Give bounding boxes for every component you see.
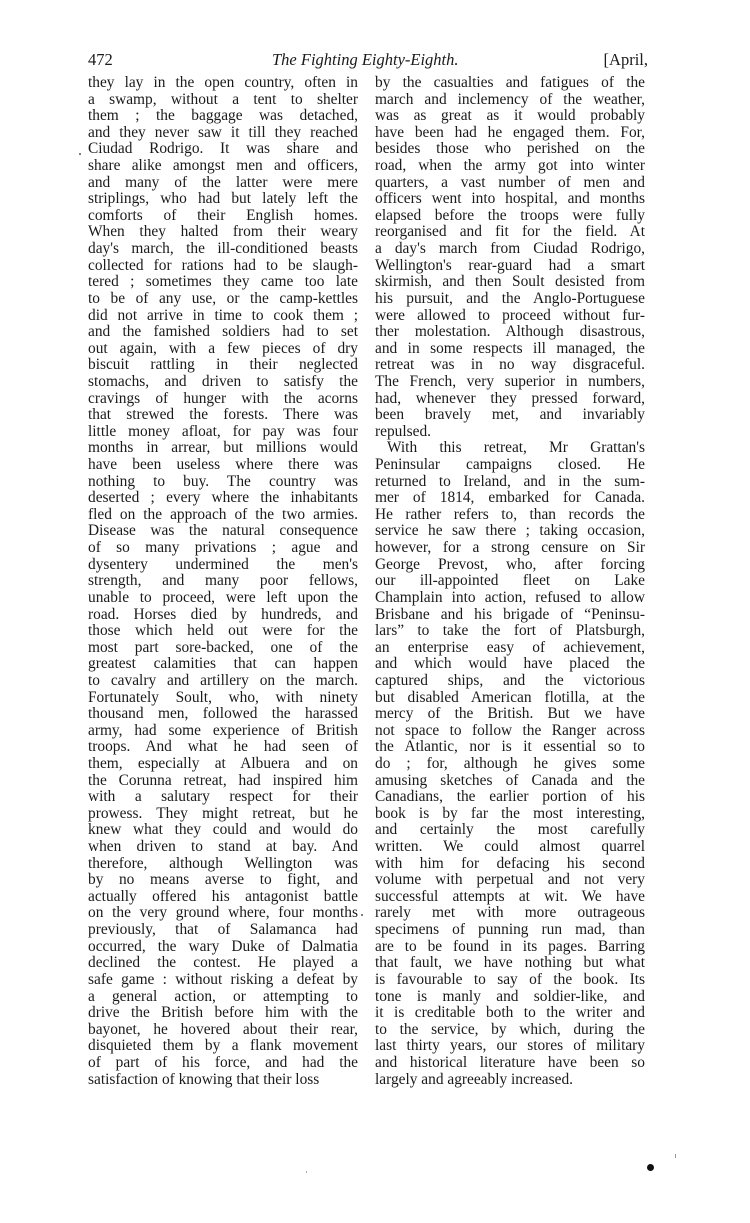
text-line: stomachs, and driven to satisfy the xyxy=(88,374,358,391)
text-line: that strewed the forests. There was xyxy=(88,407,358,424)
text-line: repulsed. xyxy=(375,424,645,441)
text-line: troops. And what he had seen of xyxy=(88,739,358,756)
text-line: them, especially at Albuera and on xyxy=(88,756,358,773)
text-line: drive the British before him with the xyxy=(88,1005,358,1022)
text-line: when driven to stand at bay. And xyxy=(88,839,358,856)
text-line: and which would have placed the xyxy=(375,656,645,673)
text-line: The French, very superior in numbers, xyxy=(375,374,645,391)
text-line: strength, and many poor fellows, xyxy=(88,573,358,590)
text-line: lars” to take the fort of Platsburgh, xyxy=(375,623,645,640)
text-line: were allowed to proceed without fur- xyxy=(375,308,645,325)
text-line: have been useless where there was xyxy=(88,457,358,474)
text-line: and historical literature have been so xyxy=(375,1055,645,1072)
text-line: previously, that of Salamanca had xyxy=(88,922,358,939)
text-line: besides those who perished on the xyxy=(375,141,645,158)
text-line: share alike amongst men and officers, xyxy=(88,158,358,175)
text-line: was as great as it would probably xyxy=(375,108,645,125)
stray-mark xyxy=(361,914,363,916)
text-line: successful attempts at wit. We have xyxy=(375,889,645,906)
text-line: them ; the baggage was detached, xyxy=(88,108,358,125)
text-line: and many of the latter were mere xyxy=(88,175,358,192)
stray-mark xyxy=(306,1171,307,1173)
text-line: retreat was in no way disgraceful. xyxy=(375,357,645,374)
text-line: on the very ground where, four months xyxy=(88,905,358,922)
text-line: with a salutary respect for their xyxy=(88,789,358,806)
text-line: safe game : without risking a defeat by xyxy=(88,972,358,989)
text-line: When they halted from their weary xyxy=(88,224,358,241)
text-line: to cavalry and artillery on the march. xyxy=(88,673,358,690)
text-line: and the famished soldiers had to set xyxy=(88,324,358,341)
text-line: thousand men, followed the harassed xyxy=(88,706,358,723)
text-line: Fortunately Soult, who, with ninety xyxy=(88,690,358,707)
stray-mark xyxy=(675,1154,676,1158)
text-line: they lay in the open country, often in xyxy=(88,75,358,92)
text-line: his pursuit, and the Anglo-Portuguese xyxy=(375,291,645,308)
text-line: knew what they could and would do xyxy=(88,822,358,839)
text-line: declined the contest. He played a xyxy=(88,955,358,972)
text-line: dysentery undermined the men's xyxy=(88,557,358,574)
text-line: did not arrive in time to cook them ; xyxy=(88,308,358,325)
text-line: but disabled American flotilla, at the xyxy=(375,690,645,707)
text-line: Brisbane and his brigade of “Peninsu- xyxy=(375,607,645,624)
text-line: unable to proceed, were left upon the xyxy=(88,590,358,607)
text-line: the Corunna retreat, had inspired him xyxy=(88,773,358,790)
text-line: those which held out were for the xyxy=(88,623,358,640)
text-line: of so many privations ; ague and xyxy=(88,540,358,557)
text-line: army, had some experience of British xyxy=(88,723,358,740)
text-line: specimens of punning run mad, than xyxy=(375,922,645,939)
text-line: most part sore-backed, one of the xyxy=(88,640,358,657)
text-line: largely and agreeably increased. xyxy=(375,1072,645,1089)
text-line: deserted ; every where the inhabitants xyxy=(88,490,358,507)
text-line: captured ships, and the victorious xyxy=(375,673,645,690)
text-line: comforts of their English homes. xyxy=(88,208,358,225)
text-line: to the service, by which, during the xyxy=(375,1022,645,1039)
text-line: amusing sketches of Canada and the xyxy=(375,773,645,790)
text-line: Peninsular campaigns closed. He xyxy=(375,457,645,474)
text-line: that fault, we have nothing but what xyxy=(375,955,645,972)
text-line: striplings, who had but lately left the xyxy=(88,191,358,208)
text-line: Disease was the natural consequence xyxy=(88,523,358,540)
text-line: out again, with a few pieces of dry xyxy=(88,341,358,358)
text-line: day's march, the ill-conditioned beasts xyxy=(88,241,358,258)
text-line: service he saw there ; taking occasion, xyxy=(375,523,645,540)
text-line: our ill-appointed fleet on Lake xyxy=(375,573,645,590)
text-line: book is by far the most interesting, xyxy=(375,806,645,823)
text-line: with him for defacing his second xyxy=(375,856,645,873)
text-line: returned to Ireland, and in the sum- xyxy=(375,474,645,491)
stray-mark xyxy=(79,153,81,155)
text-line: elapsed before the troops were fully xyxy=(375,208,645,225)
text-line: march and inclemency of the weather, xyxy=(375,92,645,109)
text-line: biscuit rattling in their neglected xyxy=(88,357,358,374)
text-line: disquieted them by a flank movement xyxy=(88,1038,358,1055)
text-line: Champlain into action, refused to allow xyxy=(375,590,645,607)
text-line: tone is manly and soldier-like, and xyxy=(375,989,645,1006)
text-line: therefore, although Wellington was xyxy=(88,856,358,873)
text-line: tered ; sometimes they came too late xyxy=(88,274,358,291)
text-line: to be of any use, or the camp-kettles xyxy=(88,291,358,308)
text-line: little money afloat, for pay was four xyxy=(88,424,358,441)
text-line: and in some respects ill managed, the xyxy=(375,341,645,358)
text-line: George Prevost, who, after forcing xyxy=(375,557,645,574)
text-line: months in arrear, but millions would xyxy=(88,440,358,457)
text-line: do ; for, although he gives some xyxy=(375,756,645,773)
text-line: ther molestation. Although disastrous, xyxy=(375,324,645,341)
text-line: Ciudad Rodrigo. It was share and xyxy=(88,141,358,158)
text-line: mercy of the British. But we have xyxy=(375,706,645,723)
text-line: the Atlantic, nor is it essential so to xyxy=(375,739,645,756)
running-head: 472 The Fighting Eighty-Eighth. [April, xyxy=(88,49,648,71)
text-line: and they never saw it till they reached xyxy=(88,125,358,142)
right-column: by the casualties and fatigues of themar… xyxy=(375,75,645,1088)
text-line: are to be found in its pages. Barring xyxy=(375,939,645,956)
text-line: had, whenever they pressed forward, xyxy=(375,391,645,408)
text-line: been bravely met, and invariably xyxy=(375,407,645,424)
text-line: however, for a strong censure on Sir xyxy=(375,540,645,557)
text-line: written. We could almost quarrel xyxy=(375,839,645,856)
text-line: a general action, or attempting to xyxy=(88,989,358,1006)
text-line: bayonet, he hovered about their rear, xyxy=(88,1022,358,1039)
text-line: last thirty years, our stores of militar… xyxy=(375,1038,645,1055)
text-line: not space to follow the Ranger across xyxy=(375,723,645,740)
text-line: road. Horses died by hundreds, and xyxy=(88,607,358,624)
text-line: a swamp, without a tent to shelter xyxy=(88,92,358,109)
text-line: collected for rations had to be slaugh- xyxy=(88,258,358,275)
left-column: they lay in the open country, often ina … xyxy=(88,75,358,1088)
text-line: rarely met with more outrageous xyxy=(375,905,645,922)
text-line: He rather refers to, than records the xyxy=(375,507,645,524)
text-line: cravings of hunger with the acorns xyxy=(88,391,358,408)
text-line: fled on the approach of the two armies. xyxy=(88,507,358,524)
text-line: With this retreat, Mr Grattan's xyxy=(375,440,645,457)
text-line: reorganised and fit for the field. At xyxy=(375,224,645,241)
text-line: and certainly the most carefully xyxy=(375,822,645,839)
text-line: is favourable to say of the book. Its xyxy=(375,972,645,989)
text-line: by the casualties and fatigues of the xyxy=(375,75,645,92)
text-line: Canadians, the earlier portion of his xyxy=(375,789,645,806)
text-line: have been had he engaged them. For, xyxy=(375,125,645,142)
text-line: nothing to buy. The country was xyxy=(88,474,358,491)
text-line: greatest calamities that can happen xyxy=(88,656,358,673)
text-line: an enterprise easy of achievement, xyxy=(375,640,645,657)
text-line: a day's march from Ciudad Rodrigo, xyxy=(375,241,645,258)
text-line: satisfaction of knowing that their loss xyxy=(88,1072,358,1089)
running-month: [April, xyxy=(604,49,648,71)
text-line: occurred, the wary Duke of Dalmatia xyxy=(88,939,358,956)
ink-spot xyxy=(647,1164,654,1171)
text-line: prowess. They might retreat, but he xyxy=(88,806,358,823)
text-line: skirmish, and then Soult desisted from xyxy=(375,274,645,291)
text-line: mer of 1814, embarked for Canada. xyxy=(375,490,645,507)
text-line: officers went into hospital, and months xyxy=(375,191,645,208)
text-line: Wellington's rear-guard had a smart xyxy=(375,258,645,275)
text-line: actually offered his antagonist battle xyxy=(88,889,358,906)
text-line: volume with perpetual and not very xyxy=(375,872,645,889)
text-line: quarters, a vast number of men and xyxy=(375,175,645,192)
running-title: The Fighting Eighty-Eighth. xyxy=(272,49,459,71)
page-number: 472 xyxy=(88,49,113,71)
text-line: it is creditable both to the writer and xyxy=(375,1005,645,1022)
text-line: by no means averse to fight, and xyxy=(88,872,358,889)
text-line: road, when the army got into winter xyxy=(375,158,645,175)
scanned-page: 472 The Fighting Eighty-Eighth. [April, … xyxy=(0,0,750,1223)
text-line: of part of his force, and had the xyxy=(88,1055,358,1072)
